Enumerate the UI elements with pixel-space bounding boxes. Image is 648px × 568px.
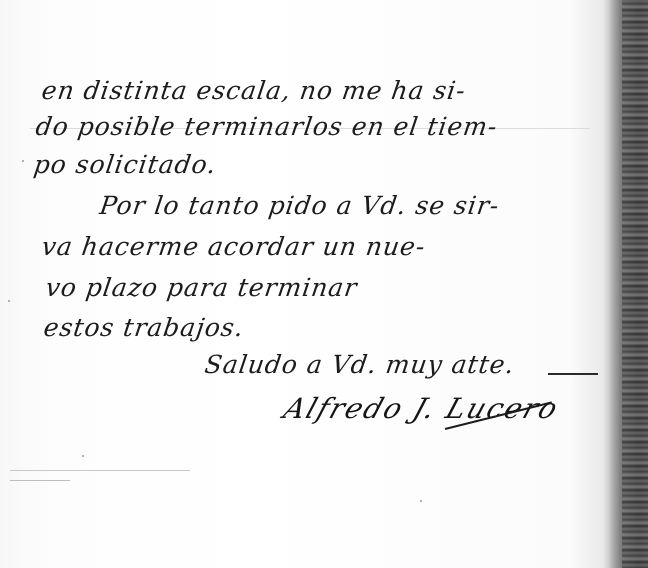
letter-line-7: estos trabajos. bbox=[42, 313, 246, 342]
letter-line-5: va hacerme acordar un nue- bbox=[40, 232, 428, 261]
paper-speck bbox=[8, 300, 10, 302]
closing-underline bbox=[548, 373, 598, 375]
ruled-line bbox=[10, 480, 70, 481]
paper-speck bbox=[22, 160, 24, 162]
closing-salutation: Saludo a Vd. muy atte. bbox=[203, 350, 517, 379]
page-binding-edge bbox=[622, 0, 648, 568]
paper-speck bbox=[82, 455, 84, 457]
letter-line-3: po solicitado. bbox=[32, 150, 218, 179]
letter-line-4: Por lo tanto pido a Vd. se sir- bbox=[98, 191, 502, 220]
paper-speck bbox=[420, 500, 422, 502]
document-page: en distinta escala, no me ha si- do posi… bbox=[0, 0, 648, 568]
binding-shadow bbox=[608, 0, 622, 568]
letter-line-1: en distinta escala, no me ha si- bbox=[40, 76, 468, 105]
letter-line-6: vo plazo para terminar bbox=[44, 273, 359, 302]
ruled-line bbox=[10, 470, 190, 471]
letter-line-2: do posible terminarlos en el tiem- bbox=[34, 112, 500, 141]
